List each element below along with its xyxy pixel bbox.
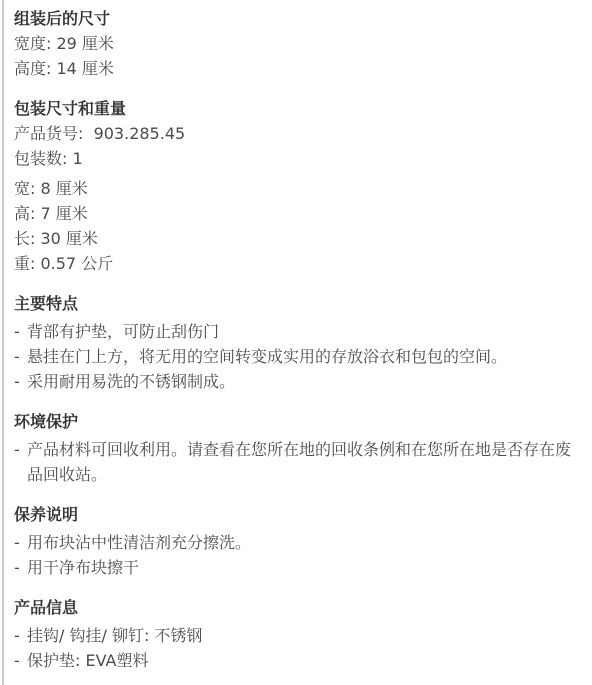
bullet-list: 产品材料可回收利用。请查看在您所在地的回收条例和在您所在地是否存在废品回收站。 <box>14 437 582 487</box>
section-assembled-size: 组装后的尺寸 宽度: 29 厘米 高度: 14 厘米 <box>14 6 582 81</box>
bullet-list: 背部有护垫，可防止刮伤门 悬挂在门上方，将无用的空间转变成实用的存放浴衣和包包的… <box>14 319 582 394</box>
section-title: 产品信息 <box>14 595 582 620</box>
spec-line-pkg-length: 长: 30 厘米 <box>14 226 582 251</box>
section-title: 包装尺寸和重量 <box>14 96 582 121</box>
bullet-item: 产品材料可回收利用。请查看在您所在地的回收条例和在您所在地是否存在废品回收站。 <box>14 437 582 487</box>
section-title: 环境保护 <box>14 409 582 434</box>
bullet-list: 用布块沾中性清洁剂充分擦洗。 用干净布块擦干 <box>14 530 582 580</box>
spec-line-pkg-width: 宽: 8 厘米 <box>14 176 582 201</box>
bullet-item: 采用耐用易洗的不锈钢制成。 <box>14 369 582 394</box>
spec-line-width: 宽度: 29 厘米 <box>14 31 582 56</box>
bullet-item: 悬挂在门上方，将无用的空间转变成实用的存放浴衣和包包的空间。 <box>14 344 582 369</box>
spec-line-pkg-height: 高: 7 厘米 <box>14 201 582 226</box>
bullet-item: 用干净布块擦干 <box>14 555 582 580</box>
bullet-item: 保护垫: EVA塑料 <box>14 648 582 673</box>
spec-lines: 产品货号: 903.285.45 包装数: 1 <box>14 121 582 171</box>
spec-line-article-number: 产品货号: 903.285.45 <box>14 121 582 146</box>
section-key-features: 主要特点 背部有护垫，可防止刮伤门 悬挂在门上方，将无用的空间转变成实用的存放浴… <box>14 291 582 394</box>
section-package-size-weight: 包装尺寸和重量 产品货号: 903.285.45 包装数: 1 宽: 8 厘米 … <box>14 96 582 276</box>
section-environment: 环境保护 产品材料可回收利用。请查看在您所在地的回收条例和在您所在地是否存在废品… <box>14 409 582 487</box>
section-title: 保养说明 <box>14 502 582 527</box>
bullet-item: 背部有护垫，可防止刮伤门 <box>14 319 582 344</box>
bullet-item: 用布块沾中性清洁剂充分擦洗。 <box>14 530 582 555</box>
section-product-info: 产品信息 挂钩/ 钩挂/ 铆钉: 不锈钢 保护垫: EVA塑料 <box>14 595 582 673</box>
bullet-item: 挂钩/ 钩挂/ 铆钉: 不锈钢 <box>14 623 582 648</box>
spec-line-pkg-weight: 重: 0.57 公斤 <box>14 251 582 276</box>
spec-line-package-count: 包装数: 1 <box>14 146 582 171</box>
spec-line-height: 高度: 14 厘米 <box>14 56 582 81</box>
spec-lines-dimensions: 宽: 8 厘米 高: 7 厘米 长: 30 厘米 重: 0.57 公斤 <box>14 176 582 276</box>
section-title: 组装后的尺寸 <box>14 6 582 31</box>
bullet-list: 挂钩/ 钩挂/ 铆钉: 不锈钢 保护垫: EVA塑料 <box>14 623 582 673</box>
section-care-instructions: 保养说明 用布块沾中性清洁剂充分擦洗。 用干净布块擦干 <box>14 502 582 580</box>
section-title: 主要特点 <box>14 291 582 316</box>
spec-lines: 宽度: 29 厘米 高度: 14 厘米 <box>14 31 582 81</box>
product-details-panel: 组装后的尺寸 宽度: 29 厘米 高度: 14 厘米 包装尺寸和重量 产品货号:… <box>2 0 592 685</box>
